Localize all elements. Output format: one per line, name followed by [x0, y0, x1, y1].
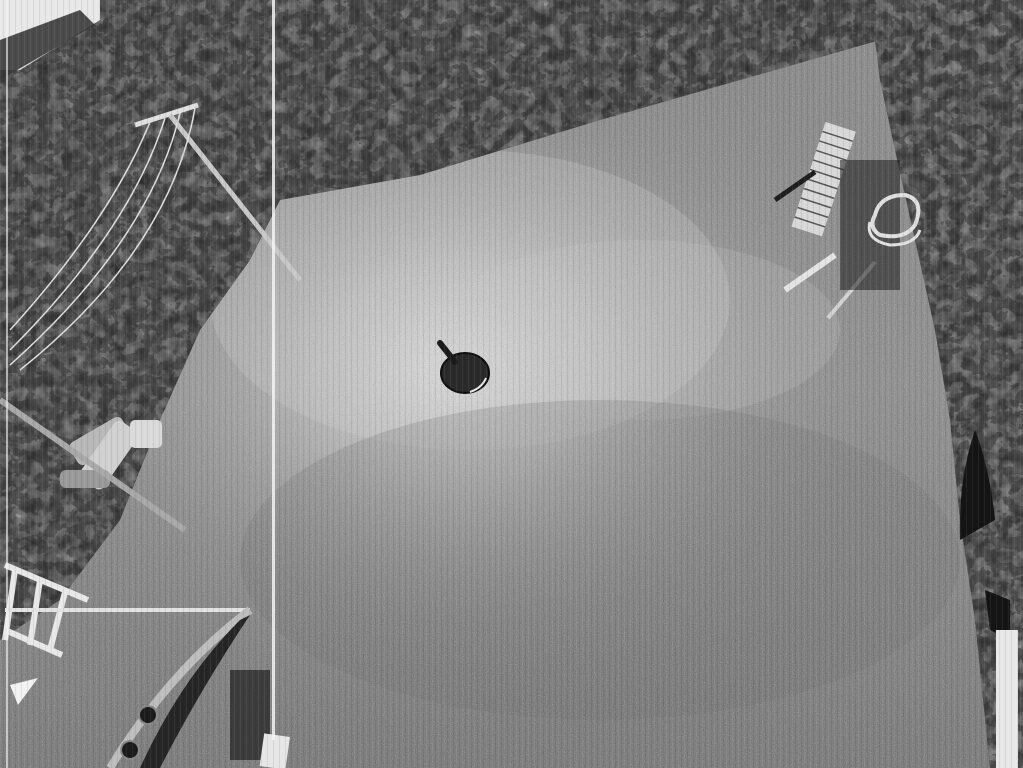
scanline-artifacts	[0, 0, 1023, 768]
garden-photograph: Overhead view of a garden lawn being wat…	[0, 0, 1023, 768]
